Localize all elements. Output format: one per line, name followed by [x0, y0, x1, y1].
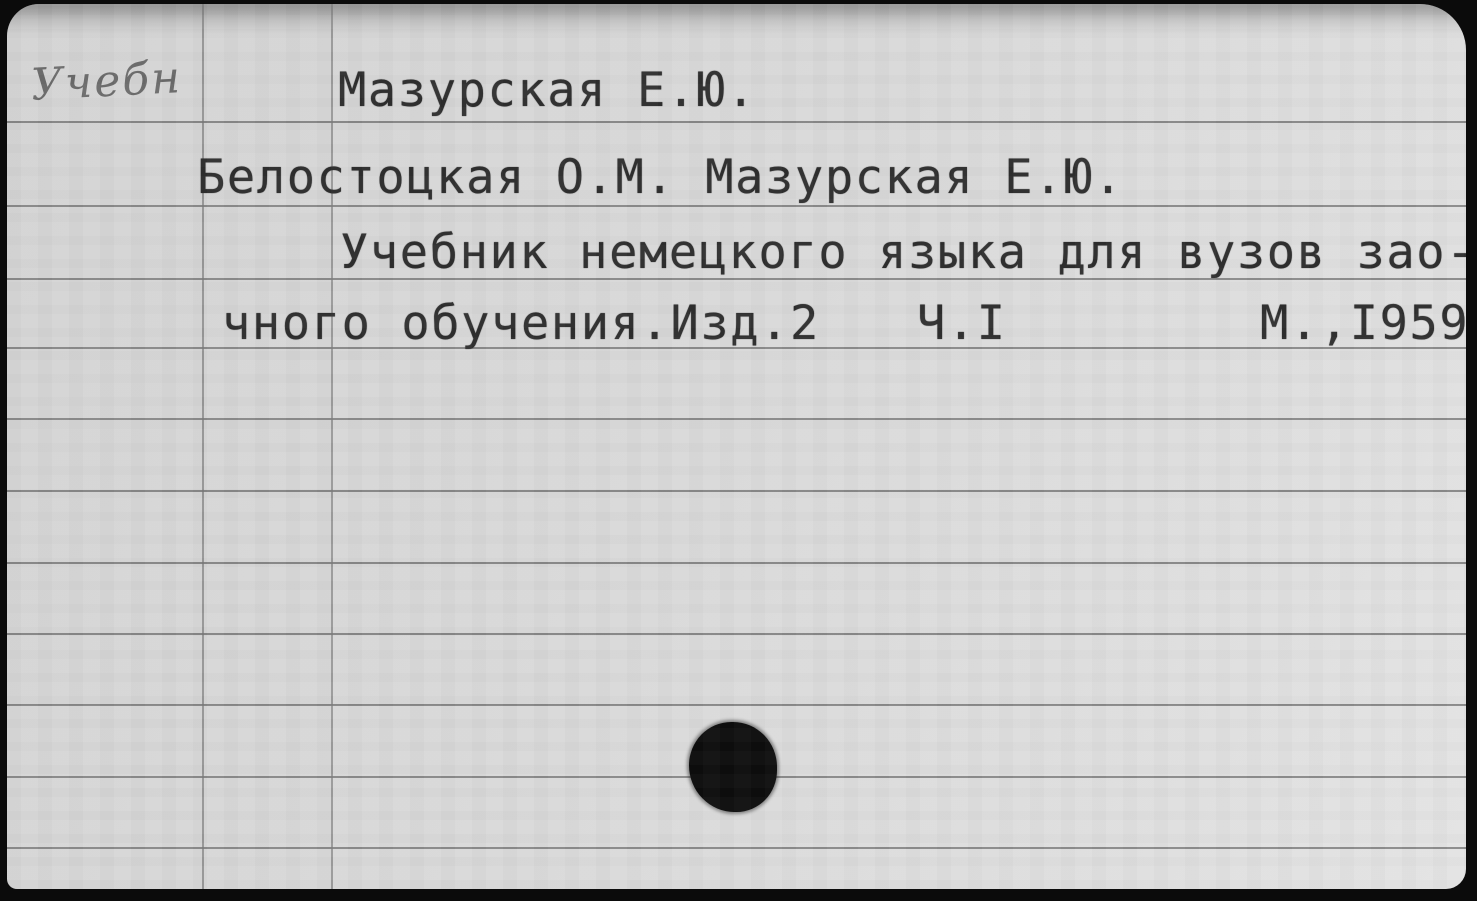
ruled-line — [7, 418, 1466, 420]
imprint-place-year: М.,I959 — [1260, 300, 1466, 347]
title-line-1: Учебник немецкого языка для вузов зао- — [340, 229, 1466, 276]
ruled-line — [7, 633, 1466, 635]
ruled-line — [7, 205, 1466, 207]
punch-hole-dot — [689, 722, 777, 812]
part-number: Ч.I — [917, 300, 1007, 347]
catalog-card: Учебн Мазурская Е.Ю. Белостоцкая О.М. Ма… — [7, 4, 1466, 889]
authors-statement: Белостоцкая О.М. Мазурская Е.Ю. — [197, 154, 1124, 201]
scan-background: Учебн Мазурская Е.Ю. Белостоцкая О.М. Ма… — [0, 0, 1477, 901]
ruled-line — [7, 490, 1466, 492]
ruled-line — [7, 847, 1466, 849]
margin-rule-left — [202, 4, 204, 889]
margin-rule-right — [331, 4, 333, 889]
handwritten-classmark: Учебн — [30, 52, 184, 111]
title-line-2: чного обучения.Изд.2 — [222, 300, 820, 347]
heading-author: Мазурская Е.Ю. — [338, 67, 757, 114]
ruled-line — [7, 121, 1466, 123]
ruled-line — [7, 562, 1466, 564]
ruled-line — [7, 704, 1466, 706]
